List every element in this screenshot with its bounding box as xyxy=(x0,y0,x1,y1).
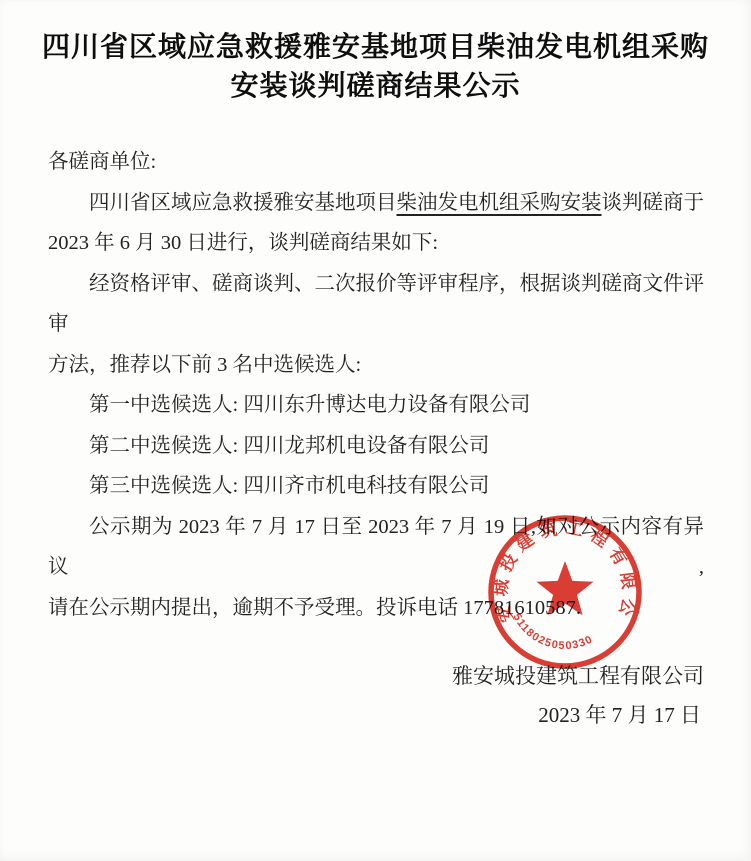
project-intro-underlined: 柴油发电机组采购安装 xyxy=(397,192,602,214)
complaint-line: 请在公示期内提出，逾期不予受理。投诉电话 17781610587. xyxy=(48,588,704,629)
signature-block: 雅安城投建筑工程有限公司 2023 年 7 月 17 日 xyxy=(0,657,704,735)
document-body: 各磋商单位: 四川省区域应急救援雅安基地项目柴油发电机组采购安装谈判磋商于 20… xyxy=(48,142,704,628)
review-process-line: 经资格评审、磋商谈判、二次报价等评审程序，根据谈判磋商文件评审 xyxy=(48,264,704,345)
document-title: 四川省区域应急救援雅安基地项目柴油发电机组采购 安装谈判磋商结果公示 xyxy=(38,27,713,105)
salutation-line: 各磋商单位: xyxy=(48,142,704,183)
notice-period-line: 公示期为 2023 年 7 月 17 日至 2023 年 7 月 19 日,如对… xyxy=(48,507,704,588)
project-intro-pre: 四川省区域应急救援雅安基地项目 xyxy=(89,192,397,214)
candidate-line-3: 第三中选候选人: 四川齐市机电科技有限公司 xyxy=(48,466,704,507)
signature-company-line: 雅安城投建筑工程有限公司 xyxy=(0,657,704,696)
project-intro-post: 谈判磋商于 xyxy=(602,192,705,214)
title-line-1: 四川省区域应急救援雅安基地项目柴油发电机组采购 xyxy=(38,27,713,66)
date-result-line: 2023 年 6 月 30 日进行，谈判磋商结果如下: xyxy=(48,223,704,264)
document-page: 四川省区域应急救援雅安基地项目柴油发电机组采购 安装谈判磋商结果公示 各磋商单位… xyxy=(0,0,751,861)
title-line-2: 安装谈判磋商结果公示 xyxy=(38,66,713,105)
recommendation-line: 方法，推荐以下前 3 名中选候选人: xyxy=(48,345,704,386)
project-intro-line: 四川省区域应急救援雅安基地项目柴油发电机组采购安装谈判磋商于 xyxy=(48,183,704,224)
candidate-line-1: 第一中选候选人: 四川东升博达电力设备有限公司 xyxy=(48,385,704,426)
candidate-line-2: 第二中选候选人: 四川龙邦机电设备有限公司 xyxy=(48,426,704,467)
signature-date-line: 2023 年 7 月 17 日 xyxy=(0,696,704,735)
